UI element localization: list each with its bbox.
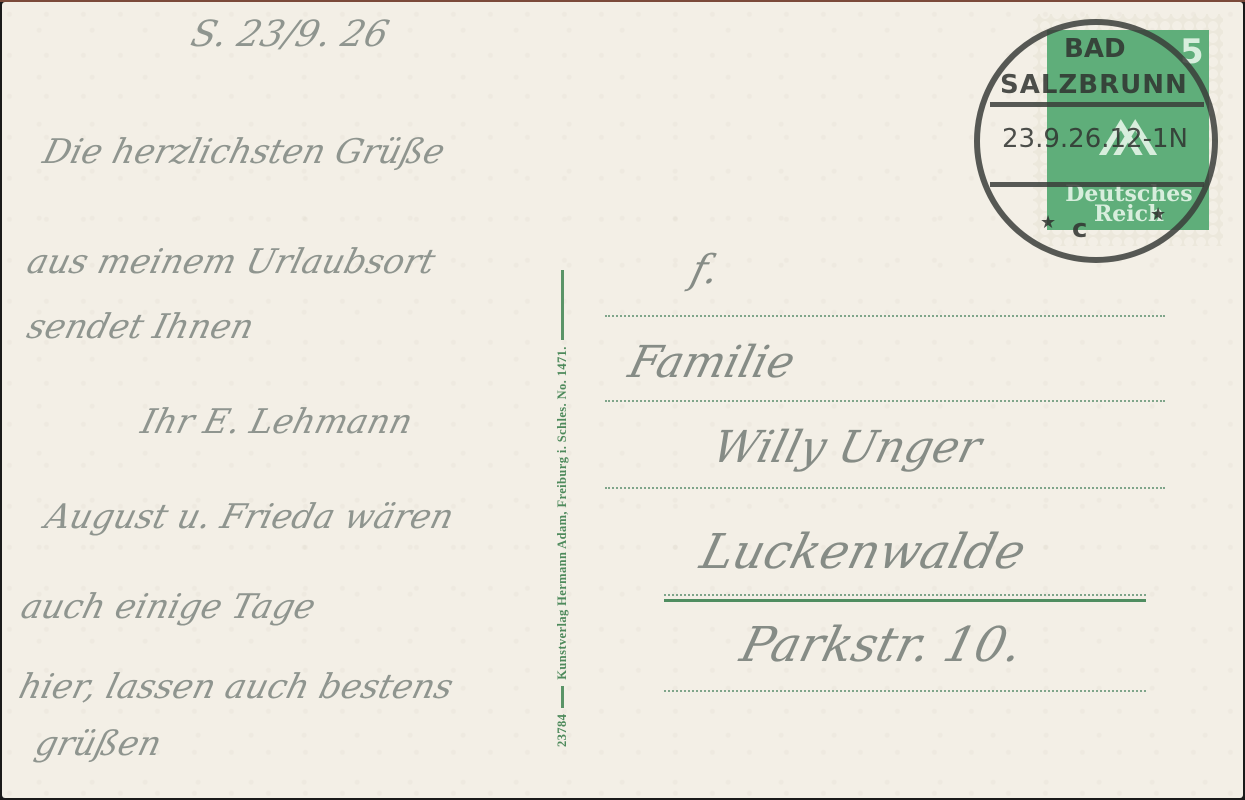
message-signature: Ihr E. Lehmann	[137, 402, 417, 442]
address-line-3	[605, 487, 1165, 489]
postmark-town-line1: BAD	[1064, 34, 1126, 64]
address-recipient-line2: Willy Unger	[708, 422, 987, 473]
imprint-text: Kunstverlag Hermann Adam, Freiburg i. Sc…	[555, 346, 570, 680]
address-line-1	[605, 315, 1165, 317]
address-city: Luckenwalde	[695, 524, 1031, 580]
address-line-2	[605, 400, 1165, 402]
message-line: grüßen	[31, 724, 166, 764]
address-street: Parkstr. 10.	[735, 617, 1028, 673]
postmark-datetime: 23.9.26.12-1N	[1002, 124, 1188, 154]
imprint-code: 23784	[555, 714, 570, 747]
message-line: August u. Frieda wären	[41, 497, 458, 537]
star-icon: ★	[1040, 212, 1056, 233]
address-line-5	[664, 690, 1146, 692]
postcard-back: S. 23/9. 26 Die herzlichsten Grüße aus m…	[2, 2, 1243, 798]
address-line-4	[664, 594, 1146, 596]
postmark-town-line2: SALZBRUNN	[1000, 70, 1188, 100]
address-prefix: f.	[686, 247, 724, 293]
message-line: auch einige Tage	[17, 587, 320, 627]
imprint-rule	[561, 686, 564, 708]
postmark-suffix: c	[1072, 214, 1087, 244]
address-recipient-line1: Familie	[624, 337, 800, 388]
message-line: hier, lassen auch bestens	[15, 667, 457, 707]
publisher-imprint: 23784 Kunstverlag Hermann Adam, Freiburg…	[542, 27, 582, 747]
message-line: sendet Ihnen	[23, 307, 258, 347]
message-line: Die herzlichsten Grüße	[39, 132, 449, 172]
imprint-rule	[561, 270, 564, 340]
postmark-bar	[990, 182, 1204, 187]
postmark-bar	[990, 102, 1204, 107]
message-line: aus meinem Urlaubsort	[23, 242, 439, 282]
city-underline	[664, 599, 1146, 602]
date-note: S. 23/9. 26	[187, 14, 393, 55]
star-icon: ★	[1150, 204, 1166, 225]
